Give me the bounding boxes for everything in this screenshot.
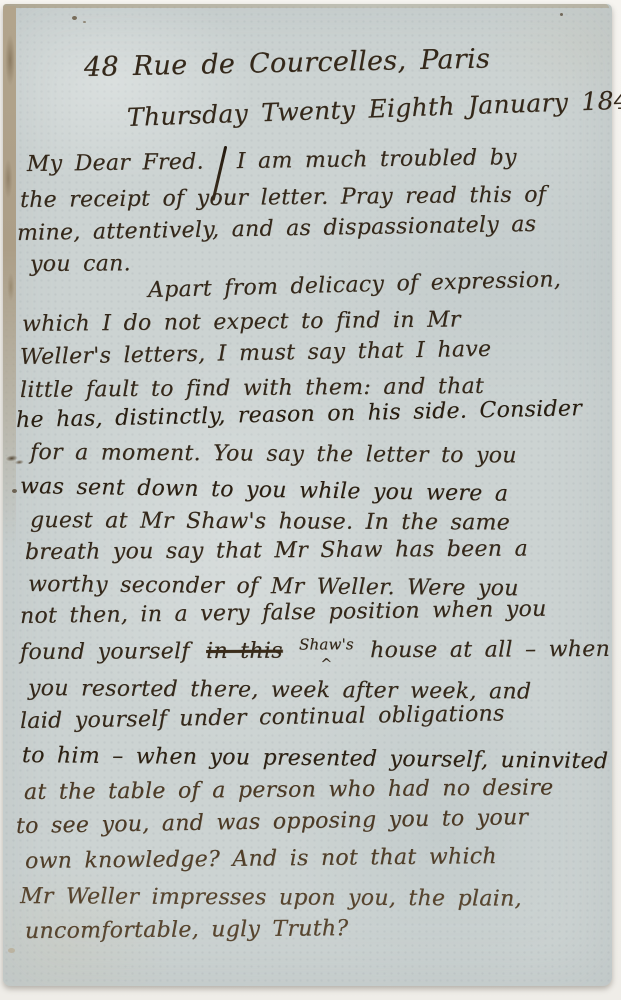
struck-text: in this xyxy=(206,639,283,664)
letter-line: guest at Mr Shaw's house. In the same xyxy=(30,508,510,536)
letter-line: for a moment. You say the letter to you xyxy=(30,440,517,469)
letter-line: you resorted there, week after week, and xyxy=(28,676,531,705)
letter-line: at the table of a person who had no desi… xyxy=(24,775,554,805)
paper-speck xyxy=(72,16,77,20)
letter-line: I am much troubled by xyxy=(237,145,517,174)
letter-line: breath you say that Mr Shaw has been a xyxy=(25,536,528,565)
letter-line: you can. xyxy=(30,251,131,277)
insertion-caret: ^ xyxy=(320,660,332,670)
letter-line: own knowledge? And is not that which xyxy=(25,844,497,874)
letter-scan: 48 Rue de Courcelles, Paris Thursday Twe… xyxy=(0,0,621,1000)
correction-after: house at all – when xyxy=(370,637,610,663)
ink-smudge xyxy=(4,452,26,469)
letter-line-correction: found yourself in this Shaw's ^ house at… xyxy=(20,637,610,677)
paper-speck xyxy=(83,21,86,23)
inserted-text: Shaw's xyxy=(299,639,354,650)
interlinear-insertion: Shaw's ^ xyxy=(299,655,354,676)
paper-top-edge xyxy=(3,4,609,8)
letter-line: uncomfortable, ugly Truth? xyxy=(25,916,349,944)
paper-speck xyxy=(8,948,15,953)
paper-speck xyxy=(12,489,17,493)
letter-line: which I do not expect to find in Mr xyxy=(22,307,461,337)
salutation: My Dear Fred. xyxy=(27,150,204,178)
paper-speck xyxy=(560,13,563,16)
correction-before: found yourself xyxy=(20,639,190,665)
letter-line: Mr Weller impresses upon you, the plain, xyxy=(20,884,522,912)
